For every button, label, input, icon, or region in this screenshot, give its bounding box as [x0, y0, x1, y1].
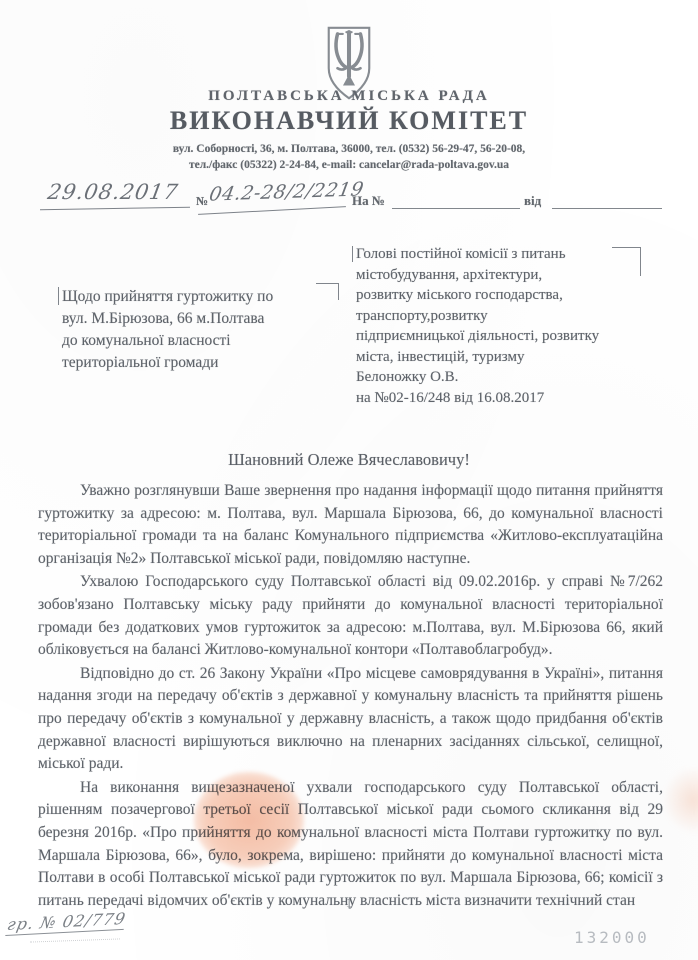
subject-block: Щодо прийняття гуртожитку по вул. М.Бірю…: [62, 286, 334, 374]
subject-line: до комунальної власності: [62, 330, 334, 352]
date-underline: [40, 207, 190, 211]
paragraph-3: Відповідно до ст. 26 Закону України «Про…: [38, 663, 663, 776]
paragraph-1: Уважно розглянувши Ваше звернення про на…: [38, 480, 663, 570]
addressee-line: міста, інвестицій, туризму: [356, 347, 648, 368]
subject-line: вул. М.Бірюзова, 66 м.Полтава: [62, 308, 334, 330]
subject-line: територіальної громади: [62, 352, 334, 374]
subject-left-mark: [58, 287, 59, 305]
addressee-line: підприємницької діяльності, розвитку: [356, 326, 648, 347]
paragraph-4: На виконання вищезазначеної ухвали госпо…: [38, 777, 663, 913]
from-date-label: від: [524, 193, 541, 209]
paragraph-2: Ухвалою Господарського суду Полтавської …: [38, 571, 663, 661]
addressee-line: транспорту,розвитку: [356, 306, 648, 327]
handwritten-registry-note: гр. № 02/779: [5, 909, 128, 936]
page-number: 1: [0, 895, 698, 911]
address-line-2: тел./факс (05322) 2-24-84, e-mail: cance…: [0, 159, 698, 171]
salutation: Шановний Олеже Вячеславовичу!: [0, 450, 698, 470]
addressee-line: містобудування, архітектури,: [356, 265, 648, 286]
addressee-line: розвитку міського господарства,: [356, 285, 648, 306]
handwritten-outgoing-number: 04.2-28/2/2219: [208, 178, 366, 205]
address-line-1: вул. Соборності, 36, м. Полтава, 36000, …: [0, 143, 698, 155]
faint-stamp-number: 132000: [574, 928, 650, 947]
addressee-line: Голові постійної комісії з питань: [356, 244, 648, 265]
incoming-number-blank: [392, 208, 520, 209]
handwritten-note-underline: [30, 938, 120, 942]
from-date-blank: [552, 208, 662, 209]
subject-line: Щодо прийняття гуртожитку по: [62, 286, 334, 308]
number-underline: [198, 206, 346, 215]
scanned-letter-page: ПОЛТАВСЬКА МІСЬКА РАДА ВИКОНАВЧИЙ КОМІТЕ…: [0, 0, 698, 960]
incoming-number-label: На №: [352, 193, 385, 209]
addressee-left-mark: [352, 246, 353, 262]
addressee-line: Белоножку О.В.: [356, 367, 648, 388]
handwritten-date: 29.08.2017: [46, 180, 180, 204]
addressee-block: Голові постійної комісії з питань містоб…: [356, 244, 648, 408]
orange-stain-edge: [664, 768, 698, 832]
addressee-line: на №02-16/248 від 16.08.2017: [356, 388, 648, 409]
committee-title: ВИКОНАВЧИЙ КОМІТЕТ: [0, 106, 698, 136]
number-sign-label: №: [196, 194, 208, 209]
organization-name: ПОЛТАВСЬКА МІСЬКА РАДА: [0, 88, 698, 105]
letter-body: Уважно розглянувши Ваше звернення про на…: [38, 480, 663, 913]
